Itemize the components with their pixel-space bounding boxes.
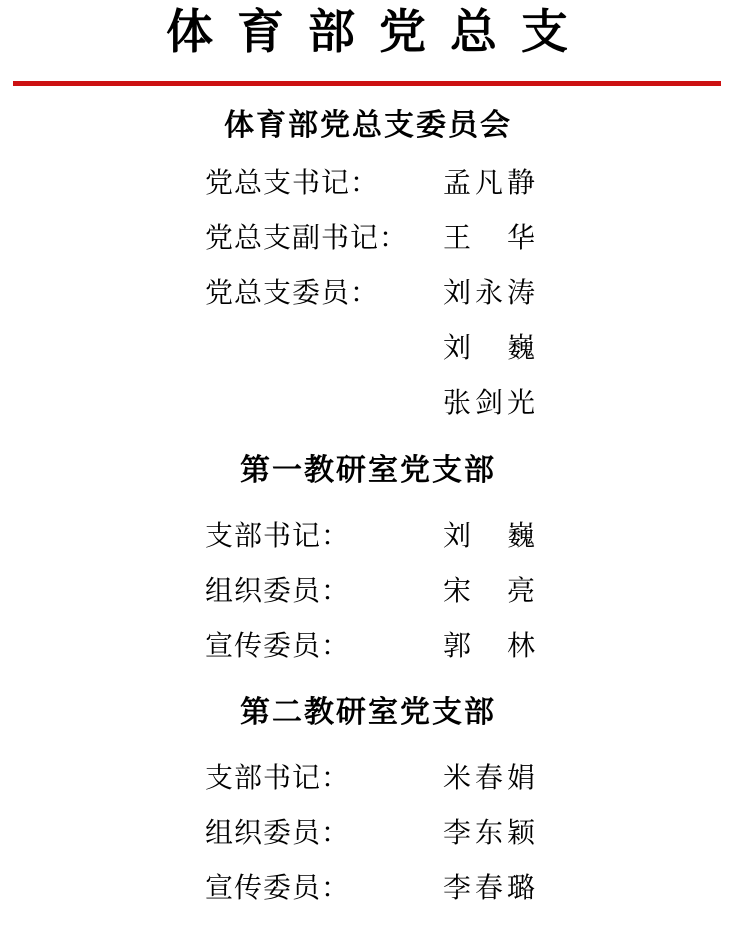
role-label: 支部书记：	[205, 751, 350, 806]
committee-roster: 党总支书记： 孟凡静 党总支副书记： 王 华 党总支委员： 刘永涛 刘 巍 张剑…	[0, 156, 734, 431]
member-name: 郭 林	[443, 619, 539, 674]
roster-row: 党总支书记： 孟凡静	[0, 156, 734, 211]
section-heading-committee: 体育部党总支委员会	[0, 106, 734, 146]
member-name: 王 华	[443, 211, 539, 266]
role-label: 支部书记：	[205, 509, 350, 564]
member-name: 米春娟	[443, 751, 539, 806]
section-heading-branch-2: 第二教研室党支部	[0, 693, 734, 733]
member-name: 宋 亮	[443, 564, 539, 619]
role-label: 党总支副书记：	[205, 211, 408, 266]
branch-2-roster: 支部书记： 米春娟 组织委员： 李东颖 宣传委员： 李春璐	[0, 751, 734, 916]
member-name: 李春璐	[443, 861, 539, 916]
role-label: 党总支委员：	[205, 266, 379, 321]
roster-row: 支部书记： 米春娟	[0, 751, 734, 806]
roster-row: 张剑光	[0, 376, 734, 431]
roster-row: 刘 巍	[0, 321, 734, 376]
roster-row: 支部书记： 刘 巍	[0, 509, 734, 564]
member-name: 孟凡静	[443, 156, 539, 211]
role-label: 组织委员：	[205, 806, 350, 861]
section-heading-branch-1: 第一教研室党支部	[0, 451, 734, 491]
member-name: 刘 巍	[443, 509, 539, 564]
document-page: 体育部党总支 体育部党总支委员会 党总支书记： 孟凡静 党总支副书记： 王 华 …	[0, 0, 734, 937]
member-name: 李东颖	[443, 806, 539, 861]
roster-row: 宣传委员： 郭 林	[0, 619, 734, 674]
role-label: 党总支书记：	[205, 156, 379, 211]
role-label: 宣传委员：	[205, 861, 350, 916]
page-title: 体育部党总支	[0, 2, 734, 64]
roster-row: 组织委员： 宋 亮	[0, 564, 734, 619]
roster-row: 党总支委员： 刘永涛	[0, 266, 734, 321]
role-label: 宣传委员：	[205, 619, 350, 674]
branch-1-roster: 支部书记： 刘 巍 组织委员： 宋 亮 宣传委员： 郭 林	[0, 509, 734, 674]
role-label: 组织委员：	[205, 564, 350, 619]
title-divider-rule	[13, 81, 721, 86]
member-name: 刘 巍	[443, 321, 539, 376]
member-name: 刘永涛	[443, 266, 539, 321]
roster-row: 组织委员： 李东颖	[0, 806, 734, 861]
roster-row: 宣传委员： 李春璐	[0, 861, 734, 916]
member-name: 张剑光	[443, 376, 539, 431]
roster-row: 党总支副书记： 王 华	[0, 211, 734, 266]
